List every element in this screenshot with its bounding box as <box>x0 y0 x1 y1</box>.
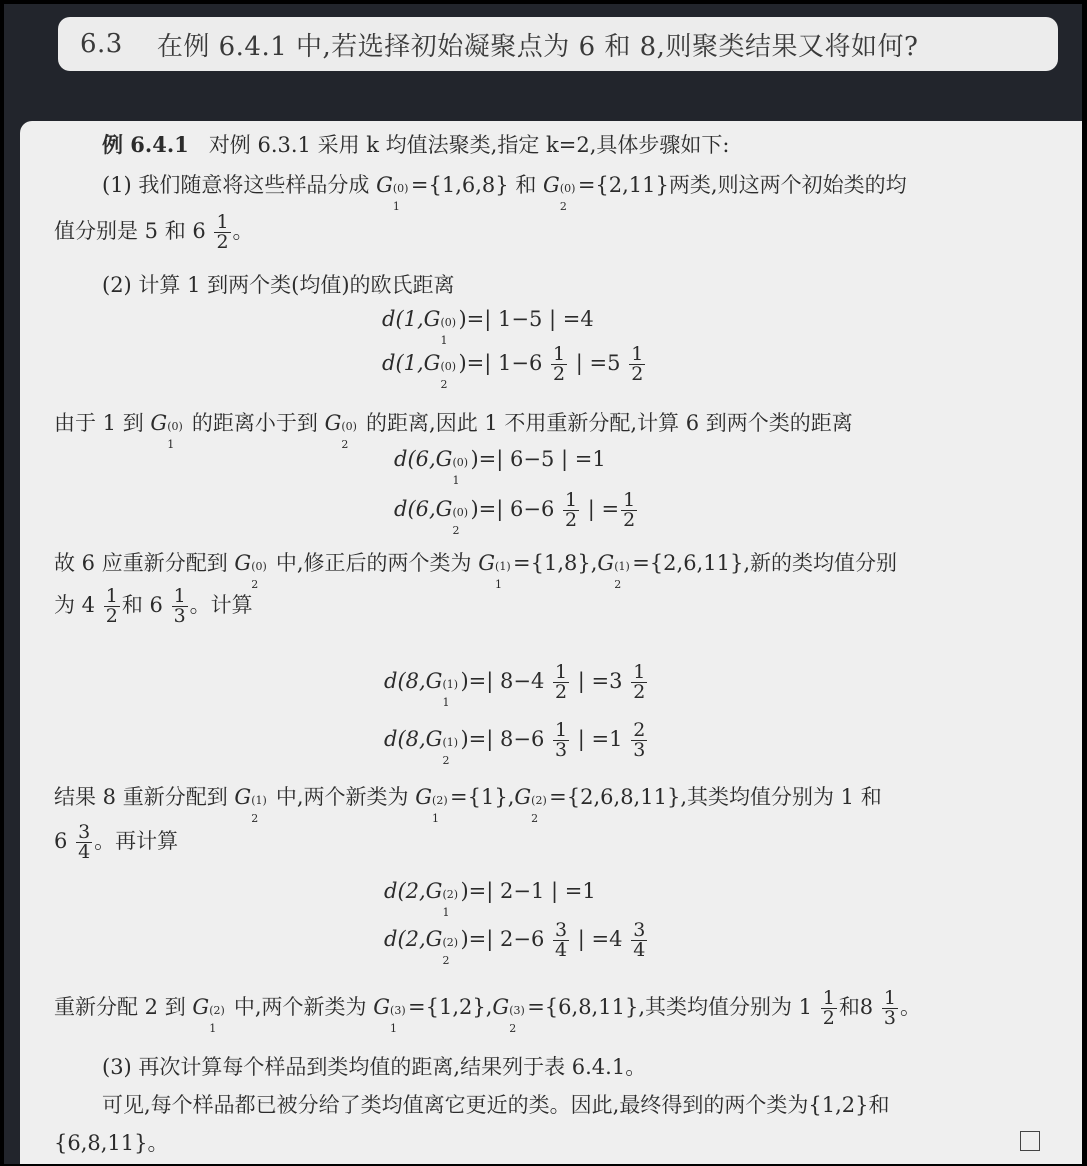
g-symbol: G <box>325 411 342 435</box>
numerator: 1 <box>882 989 898 1009</box>
equation-7: d(2,G(2)1)=| 2−1 | =1 <box>384 879 596 903</box>
denominator: 2 <box>551 365 567 384</box>
denominator: 2 <box>563 511 579 530</box>
fraction: 12 <box>621 491 637 530</box>
denominator: 2 <box>629 365 645 384</box>
subscript: 2 <box>560 200 567 213</box>
denominator: 2 <box>821 1009 837 1028</box>
text: 为 4 <box>54 593 95 617</box>
g-symbol: G <box>426 879 443 903</box>
superscript: (1) <box>495 560 511 573</box>
eq-rhs: | =3 <box>578 669 623 693</box>
equation-2: d(1,G(0)2)=| 1−6 12 | =5 12 <box>382 345 647 384</box>
eq-lhs: d(2, <box>384 927 426 951</box>
paragraph-4-line2: 6 34。再计算 <box>54 823 178 862</box>
eq-rhs: )=| 1−5 | =4 <box>458 307 593 331</box>
numerator: 1 <box>629 345 645 365</box>
g-symbol: G <box>415 785 432 809</box>
superscript: (2) <box>531 794 547 807</box>
fraction: 12 <box>563 491 579 530</box>
subscript: 1 <box>442 696 449 709</box>
g-symbol: G <box>234 551 251 575</box>
denominator: 4 <box>76 843 92 862</box>
superscript: (0) <box>560 182 576 195</box>
superscript: (2) <box>432 794 448 807</box>
fraction: 23 <box>631 721 647 760</box>
numerator: 1 <box>563 491 579 511</box>
eq-lhs: d(8, <box>384 727 426 751</box>
g-symbol: G <box>514 785 531 809</box>
g-symbol: G <box>424 307 441 331</box>
equation-5: d(8,G(1)1)=| 8−4 12 | =3 12 <box>384 663 649 702</box>
eq-mid: )=| 8−4 <box>460 669 544 693</box>
text: 和 <box>515 173 536 197</box>
paragraph-5: 重新分配 2 到 G(2)1 中,两个新类为 G(3)1={1,2},G(3)2… <box>54 989 921 1028</box>
text: 和8 <box>839 995 873 1019</box>
subscript: 2 <box>531 812 538 825</box>
step2-title: (2) 计算 1 到两个类(均值)的欧氏距离 <box>102 269 455 299</box>
eq-lhs: d(6, <box>394 447 436 471</box>
numerator: 1 <box>553 663 569 683</box>
set-g2: ={2,6,11},新的类均值分别 <box>632 551 897 575</box>
superscript: (0) <box>452 506 468 519</box>
fraction: 12 <box>631 663 647 702</box>
question-text: 在例 6.4.1 中,若选择初始凝聚点为 6 和 8,则聚类结果又将如何? <box>157 26 919 63</box>
subscript: 1 <box>442 906 449 919</box>
g-symbol: G <box>597 551 614 575</box>
numerator: 3 <box>631 921 647 941</box>
eq-rhs: | =1 <box>578 727 623 751</box>
superscript: (2) <box>209 1004 225 1017</box>
superscript: (2) <box>442 888 458 901</box>
subscript: 2 <box>509 1022 516 1035</box>
paragraph-3-line2: 为 4 12和 6 13。计算 <box>54 587 253 626</box>
g-symbol: G <box>478 551 495 575</box>
equation-6: d(8,G(1)2)=| 8−6 13 | =1 23 <box>384 721 649 760</box>
fraction: 12 <box>104 587 120 626</box>
fraction: 12 <box>821 989 837 1028</box>
eq-rhs: | =4 <box>578 927 623 951</box>
step3: (3) 再次计算每个样品到类均值的距离,结果列于表 6.4.1。 <box>102 1051 646 1081</box>
eq-rhs: | =5 <box>576 351 621 375</box>
denominator: 4 <box>553 941 569 960</box>
numerator: 1 <box>821 989 837 1009</box>
question-card: 6.3 在例 6.4.1 中,若选择初始凝聚点为 6 和 8,则聚类结果又将如何… <box>58 17 1058 71</box>
numerator: 1 <box>172 587 188 607</box>
subscript: 2 <box>442 954 449 967</box>
fraction: 34 <box>76 823 92 862</box>
set-g1: ={1,8}, <box>513 551 597 575</box>
text: 的距离小于到 <box>192 411 318 435</box>
g-symbol: G <box>426 727 443 751</box>
superscript: (0) <box>251 560 267 573</box>
numerator: 1 <box>104 587 120 607</box>
step1-line1: (1) 我们随意将这些样品分成 G(0)1={1,6,8} 和 G(0)2={2… <box>102 169 907 199</box>
g-symbol: G <box>192 995 209 1019</box>
eq-mid: )=| 8−6 <box>460 727 544 751</box>
superscript: (0) <box>393 182 409 195</box>
equation-3: d(6,G(0)1)=| 6−5 | =1 <box>394 447 606 471</box>
subscript: 2 <box>341 438 348 451</box>
denominator: 2 <box>621 511 637 530</box>
textbook-page: 例 6.4.1 对例 6.3.1 采用 k 均值法聚类,指定 k=2,具体步骤如… <box>20 121 1082 1164</box>
superscript: (3) <box>509 1004 525 1017</box>
denominator: 3 <box>882 1009 898 1028</box>
superscript: (0) <box>167 420 183 433</box>
paragraph-4-line1: 结果 8 重新分配到 G(1)2 中,两个新类为 G(2)1={1},G(2)2… <box>54 781 882 811</box>
paragraph-3-line1: 故 6 应重新分配到 G(0)2 中,修正后的两个类为 G(1)1={1,8},… <box>54 547 897 577</box>
eq-mid: )=| 1−6 <box>458 351 542 375</box>
example-title: 例 6.4.1 <box>102 132 189 157</box>
eq-mid: )=| 2−6 <box>460 927 544 951</box>
superscript: (0) <box>440 316 456 329</box>
text: 重新分配 2 到 <box>54 995 186 1019</box>
denominator: 2 <box>214 233 230 252</box>
superscript: (2) <box>442 936 458 949</box>
paragraph-2: 由于 1 到 G(0)1 的距离小于到 G(0)2 的距离,因此 1 不用重新分… <box>54 407 853 437</box>
g-symbol: G <box>436 497 453 521</box>
eq-mid: )=| 6−6 <box>470 497 554 521</box>
g-symbol: G <box>436 447 453 471</box>
superscript: (1) <box>614 560 630 573</box>
denominator: 4 <box>631 941 647 960</box>
text: (1) 我们随意将这些样品分成 <box>102 173 369 197</box>
text: 值分别是 5 和 6 <box>54 219 206 243</box>
eq-rhs: )=| 6−5 | =1 <box>470 447 605 471</box>
denominator: 2 <box>104 607 120 626</box>
text: 和 6 <box>122 593 163 617</box>
numerator: 3 <box>76 823 92 843</box>
eq-lhs: d(1, <box>382 307 424 331</box>
superscript: (1) <box>442 736 458 749</box>
subscript: 1 <box>167 438 174 451</box>
g-symbol: G <box>150 411 167 435</box>
equation-4: d(6,G(0)2)=| 6−6 12 | =12 <box>394 491 639 530</box>
g-symbol: G <box>376 173 393 197</box>
superscript: (1) <box>442 678 458 691</box>
example-intro: 对例 6.3.1 采用 k 均值法聚类,指定 k=2,具体步骤如下: <box>209 133 730 157</box>
fraction: 12 <box>553 663 569 702</box>
subscript: 1 <box>393 200 400 213</box>
fraction: 13 <box>553 721 569 760</box>
subscript: 2 <box>440 378 447 391</box>
text: 。 <box>900 995 921 1019</box>
fraction: 12 <box>629 345 645 384</box>
eq-lhs: d(1, <box>382 351 424 375</box>
end-of-proof-icon <box>1020 1131 1040 1151</box>
eq-rhs: | = <box>588 497 619 521</box>
text: 。 <box>233 219 254 243</box>
step1-line2: 值分别是 5 和 6 12。 <box>54 213 254 252</box>
superscript: (0) <box>341 420 357 433</box>
text: 中,修正后的两个类为 <box>276 551 472 575</box>
g-symbol: G <box>543 173 560 197</box>
text: 。计算 <box>190 593 253 617</box>
subscript: 2 <box>452 524 459 537</box>
subscript: 1 <box>495 578 502 591</box>
subscript: 2 <box>251 812 258 825</box>
g-symbol: G <box>373 995 390 1019</box>
fraction: 34 <box>631 921 647 960</box>
text: 两类,则这两个初始类的均 <box>669 173 907 197</box>
eq-lhs: d(6, <box>394 497 436 521</box>
text: 由于 1 到 <box>54 411 144 435</box>
set-g1: ={1,2}, <box>408 995 492 1019</box>
fraction: 13 <box>882 989 898 1028</box>
equation-8: d(2,G(2)2)=| 2−6 34 | =4 34 <box>384 921 649 960</box>
fraction: 12 <box>214 213 230 252</box>
numerator: 1 <box>551 345 567 365</box>
fraction: 12 <box>551 345 567 384</box>
set-g1: ={1}, <box>450 785 514 809</box>
numerator: 1 <box>214 213 230 233</box>
subscript: 1 <box>390 1022 397 1035</box>
eq-lhs: d(8, <box>384 669 426 693</box>
fraction: 34 <box>553 921 569 960</box>
example-heading: 例 6.4.1 对例 6.3.1 采用 k 均值法聚类,指定 k=2,具体步骤如… <box>102 129 729 159</box>
conclusion-line1: 可见,每个样品都已被分给了类均值离它更近的类。因此,最终得到的两个类为{1,2}… <box>102 1089 889 1119</box>
numerator: 1 <box>621 491 637 511</box>
subscript: 2 <box>442 754 449 767</box>
denominator: 2 <box>553 683 569 702</box>
eq-rhs: )=| 2−1 | =1 <box>460 879 595 903</box>
superscript: (1) <box>251 794 267 807</box>
superscript: (0) <box>452 456 468 469</box>
text: 故 6 应重新分配到 <box>54 551 228 575</box>
denominator: 3 <box>172 607 188 626</box>
denominator: 3 <box>553 741 569 760</box>
numerator: 1 <box>631 663 647 683</box>
g-symbol: G <box>426 927 443 951</box>
denominator: 2 <box>631 683 647 702</box>
numerator: 3 <box>553 921 569 941</box>
subscript: 1 <box>432 812 439 825</box>
subscript: 1 <box>452 474 459 487</box>
subscript: 1 <box>209 1022 216 1035</box>
set-g1: ={1,6,8} <box>411 173 509 197</box>
subscript: 2 <box>614 578 621 591</box>
conclusion-line2: {6,8,11}。 <box>54 1127 169 1157</box>
set-g2: ={2,11} <box>578 173 669 197</box>
equation-1: d(1,G(0)1)=| 1−5 | =4 <box>382 307 594 331</box>
question-number: 6.3 <box>80 29 123 59</box>
superscript: (3) <box>390 1004 406 1017</box>
set-g2: ={2,6,8,11},其类均值分别为 1 和 <box>549 785 882 809</box>
text: 结果 8 重新分配到 <box>54 785 228 809</box>
fraction: 13 <box>172 587 188 626</box>
g-symbol: G <box>492 995 509 1019</box>
denominator: 3 <box>631 741 647 760</box>
text: 。再计算 <box>94 829 178 853</box>
text: 中,两个新类为 <box>276 785 409 809</box>
set-g2: ={6,8,11},其类均值分别为 1 <box>527 995 812 1019</box>
text: 的距离,因此 1 不用重新分配,计算 6 到两个类的距离 <box>366 411 853 435</box>
numerator: 1 <box>553 721 569 741</box>
g-symbol: G <box>234 785 251 809</box>
superscript: (0) <box>440 360 456 373</box>
eq-lhs: d(2, <box>384 879 426 903</box>
numerator: 2 <box>631 721 647 741</box>
text: 中,两个新类为 <box>234 995 367 1019</box>
g-symbol: G <box>424 351 441 375</box>
text: 6 <box>54 829 67 853</box>
g-symbol: G <box>426 669 443 693</box>
